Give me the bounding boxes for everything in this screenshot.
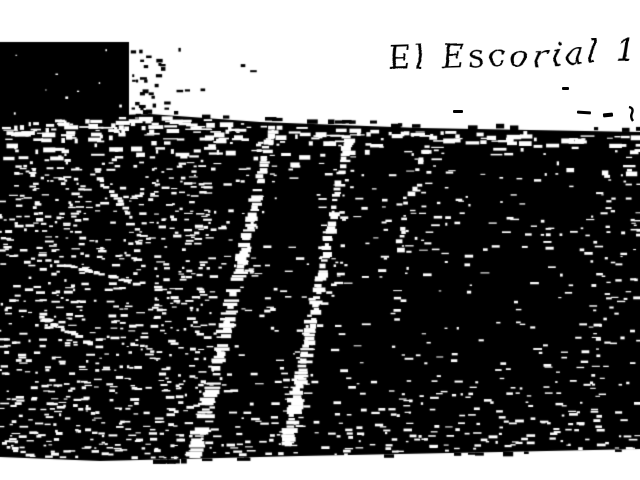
pen-mark-icon [603,112,613,117]
pen-mark-icon [629,107,633,121]
pen-marks [453,87,633,121]
annotation-overlay: El Escorial 18 [0,0,640,480]
pen-mark-icon [562,87,569,90]
pen-mark-icon [577,111,591,115]
handwritten-caption: El Escorial 18 [386,33,640,78]
pen-mark-icon [453,110,463,113]
scanned-photo-page: El Escorial 18 [0,0,640,480]
